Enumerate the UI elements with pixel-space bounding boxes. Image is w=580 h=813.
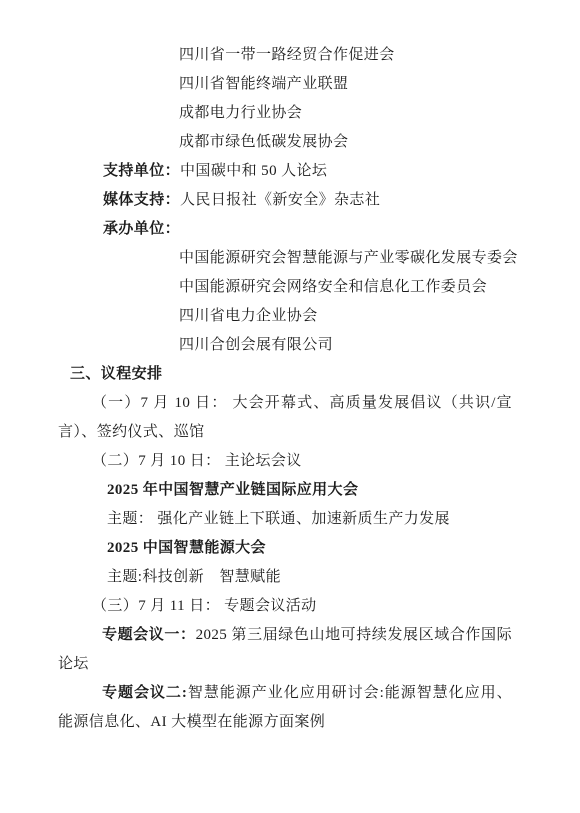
text-run-bold: 三、议程安排 (70, 366, 162, 382)
text-run-bold: 专题会议一： (102, 627, 196, 643)
text-run-bold: 支持单位： (103, 163, 180, 179)
text-run-bold: 2025 年中国智慧产业链国际应用大会 (107, 482, 358, 498)
text-run: 主题:科技创新 智慧赋能 (107, 569, 281, 585)
text-line: 承办单位： (103, 215, 512, 244)
text-line: （三）7 月 11 日： 专题会议活动 (58, 592, 512, 621)
text-run: 2025 第三届绿色山地可持续发展区域合作国际 (196, 627, 512, 643)
text-line: 专题会议一：2025 第三届绿色山地可持续发展区域合作国际 (58, 621, 512, 650)
text-line: 2025 中国智慧能源大会 (107, 534, 512, 563)
text-run-bold: 承办单位： (103, 221, 180, 237)
text-run: 成都电力行业协会 (179, 105, 302, 121)
text-run: 论坛 (58, 656, 89, 672)
document-page: 四川省一带一路经贸合作促进会四川省智能终端产业联盟成都电力行业协会成都市绿色低碳… (0, 0, 580, 813)
text-line: 能源信息化、AI 大模型在能源方面案例 (58, 708, 512, 737)
text-run: 中国能源研究会智慧能源与产业零碳化发展专委会 (179, 250, 518, 266)
text-line: 专题会议二:智慧能源产业化应用研讨会:能源智慧化应用、 (58, 679, 512, 708)
text-line: （二）7 月 10 日： 主论坛会议 (58, 447, 512, 476)
text-line: 成都电力行业协会 (179, 99, 512, 128)
text-line: 中国能源研究会智慧能源与产业零碳化发展专委会 (179, 244, 512, 273)
text-line: 成都市绿色低碳发展协会 (179, 128, 512, 157)
text-line: 四川省一带一路经贸合作促进会 (179, 41, 512, 70)
text-line: 支持单位：中国碳中和 50 人论坛 (103, 157, 512, 186)
text-run: 四川省智能终端产业联盟 (179, 76, 348, 92)
text-run: 人民日报社《新安全》杂志社 (180, 192, 380, 208)
text-run-bold: 专题会议二: (102, 685, 187, 701)
text-run: 四川合创会展有限公司 (179, 337, 333, 353)
text-run-bold: 媒体支持： (103, 192, 180, 208)
text-run: 中国碳中和 50 人论坛 (180, 163, 327, 179)
text-run: 主题： 强化产业链上下联通、加速新质生产力发展 (107, 511, 450, 527)
text-line: 三、议程安排 (70, 360, 512, 389)
text-line: 2025 年中国智慧产业链国际应用大会 (107, 476, 512, 505)
text-line: 言）、签约仪式、巡馆 (58, 418, 512, 447)
text-line: 四川省电力企业协会 (179, 302, 512, 331)
text-run: 四川省一带一路经贸合作促进会 (179, 47, 395, 63)
text-run: 智慧能源产业化应用研讨会:能源智慧化应用、 (187, 685, 512, 701)
text-run: 能源信息化、AI 大模型在能源方面案例 (58, 714, 325, 730)
text-run: （三）7 月 11 日： 专题会议活动 (92, 598, 317, 614)
text-run: 成都市绿色低碳发展协会 (179, 134, 348, 150)
text-line: 四川省智能终端产业联盟 (179, 70, 512, 99)
text-line: 主题:科技创新 智慧赋能 (107, 563, 512, 592)
document-body: 四川省一带一路经贸合作促进会四川省智能终端产业联盟成都电力行业协会成都市绿色低碳… (58, 41, 512, 737)
text-run-bold: 2025 中国智慧能源大会 (107, 540, 266, 556)
text-line: 媒体支持：人民日报社《新安全》杂志社 (103, 186, 512, 215)
text-run: 四川省电力企业协会 (179, 308, 318, 324)
text-line: 四川合创会展有限公司 (179, 331, 512, 360)
text-line: 中国能源研究会网络安全和信息化工作委员会 (179, 273, 512, 302)
text-run: （二）7 月 10 日： 主论坛会议 (92, 453, 302, 469)
text-line: （一）7 月 10 日： 大会开幕式、高质量发展倡议（共识/宣 (58, 389, 512, 418)
text-line: 论坛 (58, 650, 512, 679)
text-run: 言）、签约仪式、巡馆 (58, 424, 205, 440)
text-run: （一）7 月 10 日： 大会开幕式、高质量发展倡议（共识/宣 (92, 395, 512, 411)
text-line: 主题： 强化产业链上下联通、加速新质生产力发展 (107, 505, 512, 534)
text-run: 中国能源研究会网络安全和信息化工作委员会 (179, 279, 487, 295)
